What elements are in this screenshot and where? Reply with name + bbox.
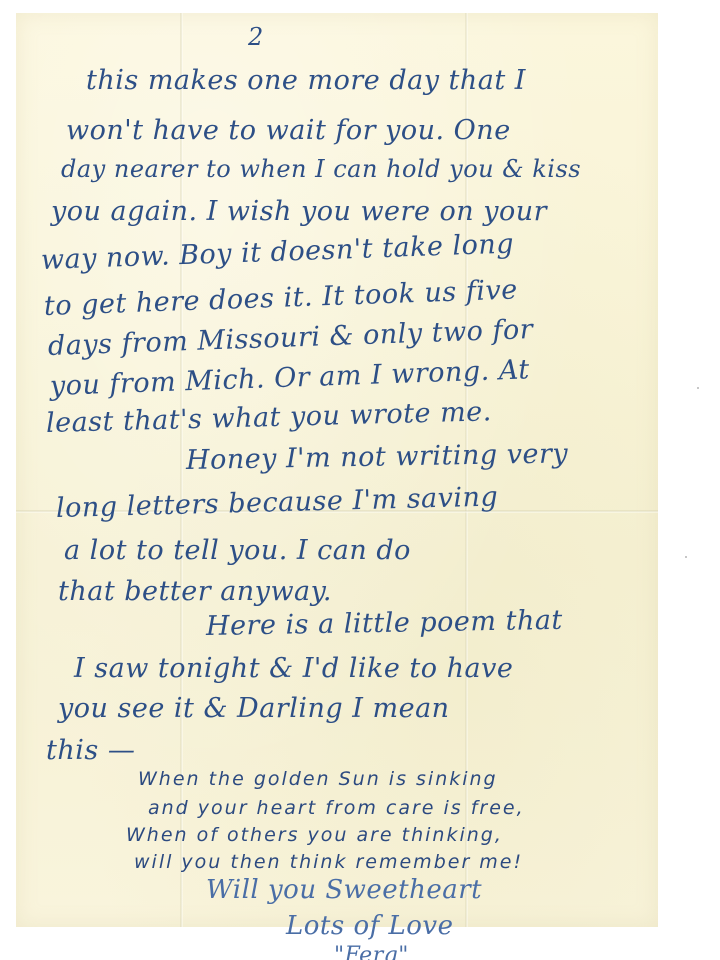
letter-line: to get here does it. It took us five — [43, 274, 518, 322]
letter-paper: 2 this makes one more day that I won't h… — [16, 13, 658, 927]
poem-line: When the golden Sun is sinking — [138, 768, 498, 790]
closing-line: Will you Sweetheart — [206, 875, 482, 905]
scan-speck — [697, 387, 699, 389]
letter-line: you from Mich. Or am I wrong. At — [49, 354, 530, 402]
letter-line: this — — [46, 735, 135, 766]
letter-line: Here is a little poem that — [206, 605, 563, 642]
letter-line: I saw tonight & I'd like to have — [74, 653, 513, 684]
letter-line: day nearer to when I can hold you & kiss — [61, 155, 581, 183]
letter-line: days from Missouri & only two for — [47, 314, 533, 362]
letter-line: least that's what you wrote me. — [46, 396, 493, 439]
poem-line: and your heart from care is free, — [148, 797, 525, 819]
scan-speck — [685, 556, 687, 558]
letter-line: way now. Boy it doesn't take long — [40, 228, 514, 275]
letter-line: Honey I'm not writing very — [186, 438, 569, 476]
letter-line: that better anyway. — [58, 576, 332, 607]
closing-line: Lots of Love — [286, 911, 454, 941]
letter-line: long letters because I'm saving — [56, 481, 499, 524]
letter-line: you see it & Darling I mean — [58, 693, 450, 724]
letter-line: you again. I wish you were on your — [51, 196, 547, 227]
letter-line: this makes one more day that I — [86, 65, 526, 96]
letter-line: won't have to wait for you. One — [66, 115, 511, 146]
page-number: 2 — [248, 23, 263, 51]
signature: "Ferg" — [334, 943, 409, 960]
letter-line: a lot to tell you. I can do — [64, 535, 411, 566]
poem-line: When of others you are thinking, — [126, 824, 503, 846]
poem-line: will you then think remember me! — [134, 851, 523, 873]
